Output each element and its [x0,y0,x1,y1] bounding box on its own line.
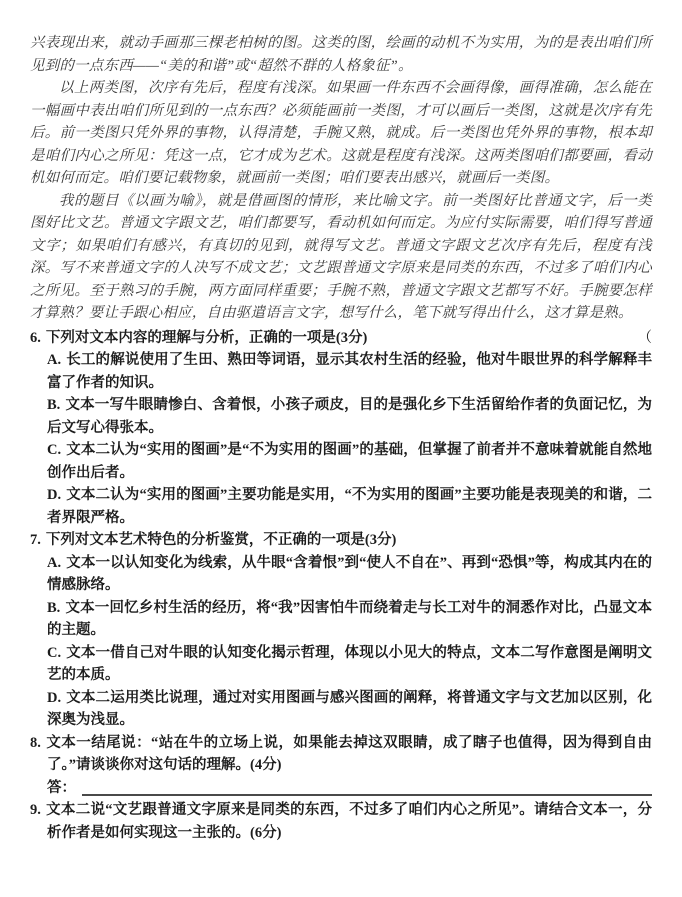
question-6-option-c: C.文本二认为“实用的图画”是“不为实用的图画”的基础，但掌握了前者并不意味着就… [47,439,652,484]
question-9: 9.文本二说“文艺跟普通文字原来是同类的东西，不过多了咱们内心之所见”。请结合文… [30,799,652,844]
question-7-option-a: A.文本一以认知变化为线索，从牛眼“含着恨”到“使人不自在”、再到“恐惧”等，构… [47,552,652,597]
option-label: B. [47,600,60,616]
question-7-option-c: C.文本一借自己对牛眼的认知变化揭示哲理，体现以小见大的特点，文本二写作意图是阐… [47,642,652,687]
option-text: 长工的解说使用了生田、熟田等词语，显示其农村生活的经验，他对牛眼世界的科学解释丰… [47,352,652,391]
passage-paragraph-2: 以上两类图，次序有先后，程度有浅深。如果画一件东西不会画得像，画得准确，怎么能在… [30,77,652,190]
option-text: 文本一借自己对牛眼的认知变化揭示哲理，体现以小见大的特点，文本二写作意图是阐明文… [47,645,652,684]
exam-page: 兴表现出来，就动手画那三棵老柏树的图。这类的图，绘画的动机不为实用，为的是表出咱… [0,0,682,897]
option-text: 文本一回忆乡村生活的经历，将“我”因害怕牛而绕着走与长工对牛的洞悉作对比，凸显文… [47,600,652,639]
question-stem-text: 下列对文本艺术特色的分析鉴赏，不正确的一项是(3分) [46,532,396,548]
answer-bracket: （ [638,327,653,350]
passage-paragraph-3: 我的题目《以画为喻》，就是借画图的情形，来比喻文字。前一类图好比普通文字，后一类… [30,190,652,325]
question-7-stem: 7.下列对文本艺术特色的分析鉴赏，不正确的一项是(3分) [30,529,652,552]
question-7-option-d: D.文本二运用类比说理，通过对实用图画与感兴图画的阐释，将普通文字与文艺加以区别… [47,687,652,732]
question-6-option-a: A.长工的解说使用了生田、熟田等词语，显示其农村生活的经验，他对牛眼世界的科学解… [47,349,652,394]
option-label: B. [47,397,60,413]
answer-label: 答： [47,777,76,800]
question-stem-text: 文本二说“文艺跟普通文字原来是同类的东西，不过多了咱们内心之所见”。请结合文本一… [46,802,652,841]
question-9-stem: 9.文本二说“文艺跟普通文字原来是同类的东西，不过多了咱们内心之所见”。请结合文… [30,799,652,844]
option-text: 文本二认为“实用的图画”主要功能是实用，“不为实用的图画”主要功能是表现美的和谐… [47,487,652,526]
option-label: C. [47,442,61,458]
option-text: 文本二运用类比说理，通过对实用图画与感兴图画的阐释，将普通文字与文艺加以区别，化… [47,690,652,729]
option-label: A. [47,352,61,368]
option-text: 文本一写牛眼睛惨白、含着恨，小孩子顽皮，目的是强化乡下生活留给作者的负面记忆，为… [47,397,652,436]
question-7: 7.下列对文本艺术特色的分析鉴赏，不正确的一项是(3分) A.文本一以认知变化为… [30,529,652,732]
option-label: D. [47,487,61,503]
question-stem-text: 文本一结尾说：“站在牛的立场上说，如果能去掉这双眼睛，成了瞎子也值得，因为得到自… [46,735,652,774]
question-number: 6. [30,330,41,346]
questions-section: 6.下列对文本内容的理解与分析，正确的一项是(3分)（ A.长工的解说使用了生田… [30,327,652,845]
question-6-stem: 6.下列对文本内容的理解与分析，正确的一项是(3分)（ [30,327,652,350]
option-label: C. [47,645,61,661]
question-6-option-b: B.文本一写牛眼睛惨白、含着恨，小孩子顽皮，目的是强化乡下生活留给作者的负面记忆… [47,394,652,439]
question-number: 8. [30,735,41,751]
answer-blank-line [82,794,652,796]
option-text: 文本二认为“实用的图画”是“不为实用的图画”的基础，但掌握了前者并不意味着就能自… [47,442,652,481]
option-label: A. [47,555,61,571]
answer-row: 答： [47,777,652,800]
question-7-option-b: B.文本一回忆乡村生活的经历，将“我”因害怕牛而绕着走与长工对牛的洞悉作对比，凸… [47,597,652,642]
question-stem-text: 下列对文本内容的理解与分析，正确的一项是(3分) [46,330,367,346]
option-label: D. [47,690,61,706]
question-number: 7. [30,532,41,548]
question-6: 6.下列对文本内容的理解与分析，正确的一项是(3分)（ A.长工的解说使用了生田… [30,327,652,530]
question-6-option-d: D.文本二认为“实用的图画”主要功能是实用，“不为实用的图画”主要功能是表现美的… [47,484,652,529]
question-8: 8.文本一结尾说：“站在牛的立场上说，如果能去掉这双眼睛，成了瞎子也值得，因为得… [30,732,652,800]
question-number: 9. [30,802,41,818]
passage-paragraph-1: 兴表现出来，就动手画那三棵老柏树的图。这类的图，绘画的动机不为实用，为的是表出咱… [30,32,652,77]
question-8-stem: 8.文本一结尾说：“站在牛的立场上说，如果能去掉这双眼睛，成了瞎子也值得，因为得… [30,732,652,777]
option-text: 文本一以认知变化为线索，从牛眼“含着恨”到“使人不自在”、再到“恐惧”等，构成其… [47,555,652,594]
reading-passage: 兴表现出来，就动手画那三棵老柏树的图。这类的图，绘画的动机不为实用，为的是表出咱… [30,32,652,325]
